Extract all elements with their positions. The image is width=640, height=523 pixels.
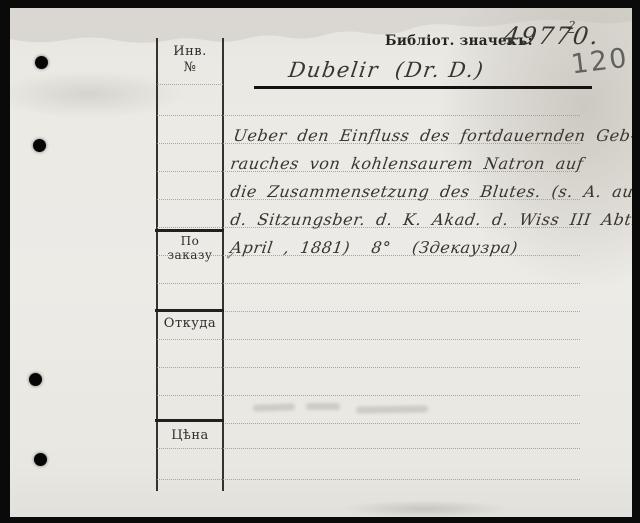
inventory-number-label-line1: Инв. — [157, 44, 223, 59]
ruled-line — [157, 395, 580, 396]
body-line-3: die Zusammensetzung des Blutes. (s. A. a… — [229, 182, 632, 202]
price-label: Цѣна — [157, 428, 223, 443]
erased-pencil-smudge — [253, 403, 295, 411]
erased-pencil-smudge — [356, 405, 428, 413]
stain-bottom-edge — [340, 500, 510, 517]
inventory-number-label-line2: № — [157, 60, 223, 75]
punch-hole — [35, 56, 48, 69]
body-line-5: April , 1881) 8° (Здекаузра) — [229, 238, 519, 258]
author-title-handwritten: Dubelir (Dr. D.) — [287, 58, 486, 82]
scanned-catalog-card-page: { "stamp": { "label": "Библіот. значекъ:… — [0, 0, 640, 523]
punch-hole — [33, 139, 46, 152]
body-line-4: d. Sitzungsber. d. K. Akad. d. Wiss III … — [229, 210, 632, 230]
body-line-1: Ueber den Einfluss des fortdauernden Geb… — [232, 126, 632, 146]
origin-label: Откуда — [157, 316, 223, 331]
title-underline — [254, 86, 592, 89]
ruled-line — [225, 423, 580, 424]
ruled-line — [157, 479, 580, 480]
shelf-number-handwritten: 49770. — [502, 22, 602, 50]
section-divider-price — [155, 419, 224, 422]
section-divider-origin — [155, 309, 224, 312]
pencil-checkmark: ✓ — [224, 248, 237, 264]
punch-hole — [34, 453, 47, 466]
ruled-line — [157, 367, 580, 368]
punch-hole — [29, 373, 42, 386]
section-divider-by-order — [155, 229, 224, 232]
by-order-label: По заказу — [157, 234, 223, 262]
body-line-2: rauches von kohlensaurem Natron auf — [229, 154, 585, 174]
ruled-line — [225, 311, 580, 312]
column-right-line — [222, 38, 224, 491]
erased-pencil-smudge — [306, 403, 340, 410]
ruled-line — [157, 84, 223, 85]
column-left-line — [156, 38, 158, 491]
ruled-line — [157, 283, 580, 284]
ruled-line — [157, 339, 580, 340]
ruled-line — [157, 448, 580, 449]
ruled-line — [157, 115, 580, 116]
stain-left-edge — [10, 70, 185, 118]
pencil-page-number: 120 — [569, 43, 630, 81]
catalog-card-scan: Инв. № По заказу Откуда Цѣна Библіот. зн… — [10, 8, 632, 517]
